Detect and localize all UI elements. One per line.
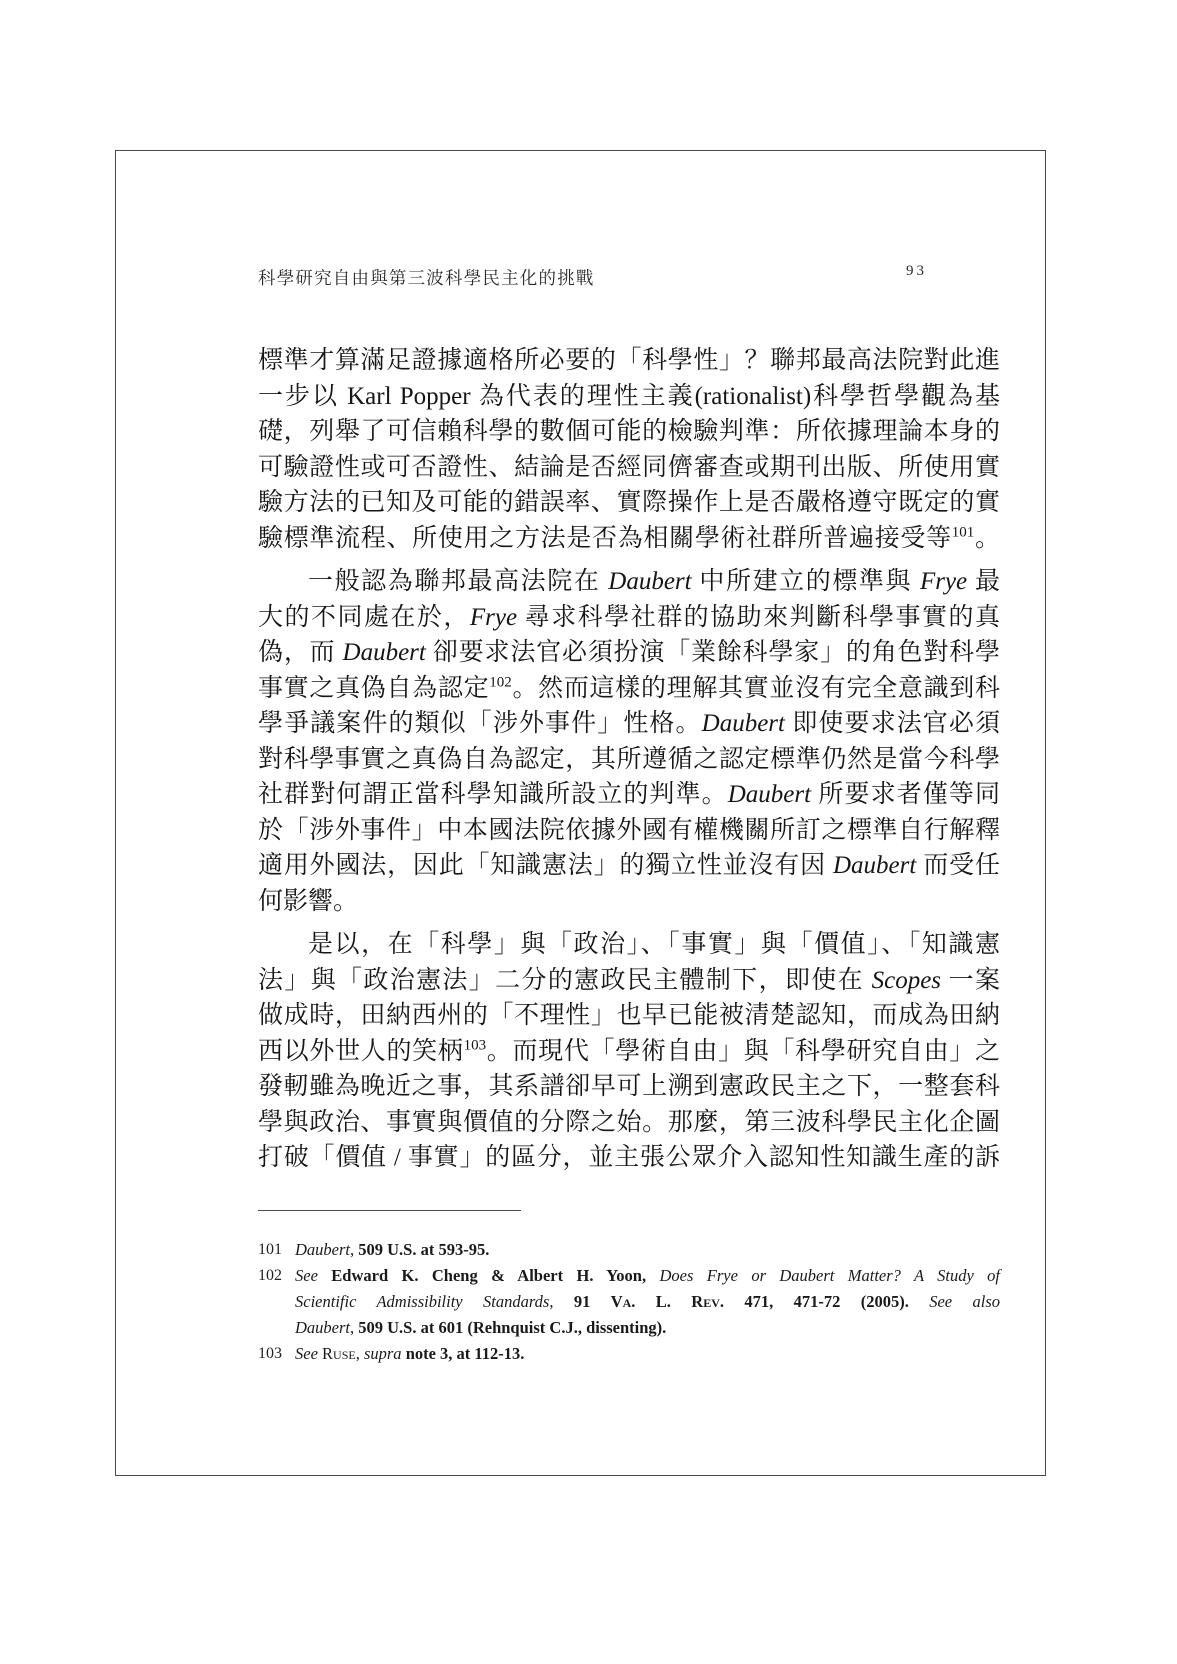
footnote-number: 103 [258,1341,295,1367]
footnote: 102See Edward K. Cheng & Albert H. Yoon,… [258,1263,1000,1341]
body-line: 做成時，田納西州的「不理性」也早已能被清楚認知，而成為田納 [258,998,1000,1034]
footnote-line: See Ruse, supra note 3, at 112-13. [295,1341,1000,1367]
page-border: 科學研究自由與第三波科學民主化的挑戰 93 標準才算滿足證據適格所必要的「科學性… [115,150,1046,1476]
body-line: 標準才算滿足證據適格所必要的「科學性」？聯邦最高法院對此進 [258,343,1000,379]
body-line: 打破「價值 / 事實」的區分，並主張公眾介入認知性知識生產的訴 [258,1140,1000,1176]
body-line: 一般認為聯邦最高法院在 Daubert 中所建立的標準與 Frye 最 [258,564,1000,600]
body-line: 學爭議案件的類似「涉外事件」性格。Daubert 即使要求法官必須 [258,706,1000,742]
body-line: 發軔雖為晚近之事，其系譜卻早可上溯到憲政民主之下，一整套科 [258,1069,1000,1105]
body-line: 可驗證性或可否證性、結論是否經同儕審查或期刊出版、所使用實 [258,450,1000,486]
footnotes-section: 101Daubert, 509 U.S. at 593-95.102See Ed… [258,1237,1000,1367]
footnote-separator-rule [258,1210,521,1211]
footnote-text: See Edward K. Cheng & Albert H. Yoon, Do… [295,1263,1000,1341]
footnote-number: 101 [258,1237,295,1263]
body-line: 適用外國法，因此「知識憲法」的獨立性並沒有因 Daubert 而受任 [258,848,1000,884]
body-line: 法」與「政治憲法」二分的憲政民主體制下，即使在 Scopes 一案 [258,963,1000,999]
body-line: 大的不同處在於，Frye 尋求科學社群的協助來判斷科學事實的真 [258,600,1000,636]
body-line: 偽，而 Daubert 卻要求法官必須扮演「業餘科學家」的角色對科學 [258,635,1000,671]
body-line: 一步以 Karl Popper 為代表的理性主義(rationalist)科學哲… [258,379,1000,415]
body-line: 西以外世人的笑柄103。而現代「學術自由」與「科學研究自由」之 [258,1034,1000,1070]
footnote-line: See Edward K. Cheng & Albert H. Yoon, Do… [295,1263,1000,1289]
body-line: 對科學事實之真偽自為認定，其所遵循之認定標準仍然是當今科學 [258,742,1000,778]
body-line: 於「涉外事件」中本國法院依據外國有權機關所訂之標準自行解釋 [258,813,1000,849]
body-line: 驗標準流程、所使用之方法是否為相關學術社群所普遍接受等101。 [258,521,1000,557]
body-line: 驗方法的已知及可能的錯誤率、實際操作上是否嚴格遵守既定的實 [258,485,1000,521]
paragraph: 是以，在「科學」與「政治」、「事實」與「價值」、「知識憲法」與「政治憲法」二分的… [258,927,1000,1176]
body-line: 學與政治、事實與價值的分際之始。那麼，第三波科學民主化企圖 [258,1105,1000,1141]
body-line: 事實之真偽自為認定102。然而這樣的理解其實並沒有完全意識到科 [258,671,1000,707]
running-header-title: 科學研究自由與第三波科學民主化的挑戰 [258,265,595,290]
paragraph: 標準才算滿足證據適格所必要的「科學性」？聯邦最高法院對此進一步以 Karl Po… [258,343,1000,556]
footnote-number: 102 [258,1263,295,1289]
body-line: 社群對何謂正當科學知識所設立的判準。Daubert 所要求者僅等同 [258,777,1000,813]
footnote: 103See Ruse, supra note 3, at 112-13. [258,1341,1000,1367]
page-number: 93 [906,263,927,280]
body-text: 標準才算滿足證據適格所必要的「科學性」？聯邦最高法院對此進一步以 Karl Po… [258,343,1000,1176]
body-line: 礎，列舉了可信賴科學的數個可能的檢驗判準：所依據理論本身的 [258,414,1000,450]
body-line: 是以，在「科學」與「政治」、「事實」與「價值」、「知識憲 [258,927,1000,963]
footnote: 101Daubert, 509 U.S. at 593-95. [258,1237,1000,1263]
scanned-document-page: 科學研究自由與第三波科學民主化的挑戰 93 標準才算滿足證據適格所必要的「科學性… [0,0,1177,1664]
footnote-text: See Ruse, supra note 3, at 112-13. [295,1341,1000,1367]
body-line: 何影響。 [258,884,1000,920]
paragraph: 一般認為聯邦最高法院在 Daubert 中所建立的標準與 Frye 最大的不同處… [258,564,1000,919]
footnote-line: Scientific Admissibility Standards, 91 V… [295,1289,1000,1315]
footnote-text: Daubert, 509 U.S. at 593-95. [295,1237,1000,1263]
footnote-line: Daubert, 509 U.S. at 601 (Rehnquist C.J.… [295,1315,1000,1341]
footnote-line: Daubert, 509 U.S. at 593-95. [295,1237,1000,1263]
